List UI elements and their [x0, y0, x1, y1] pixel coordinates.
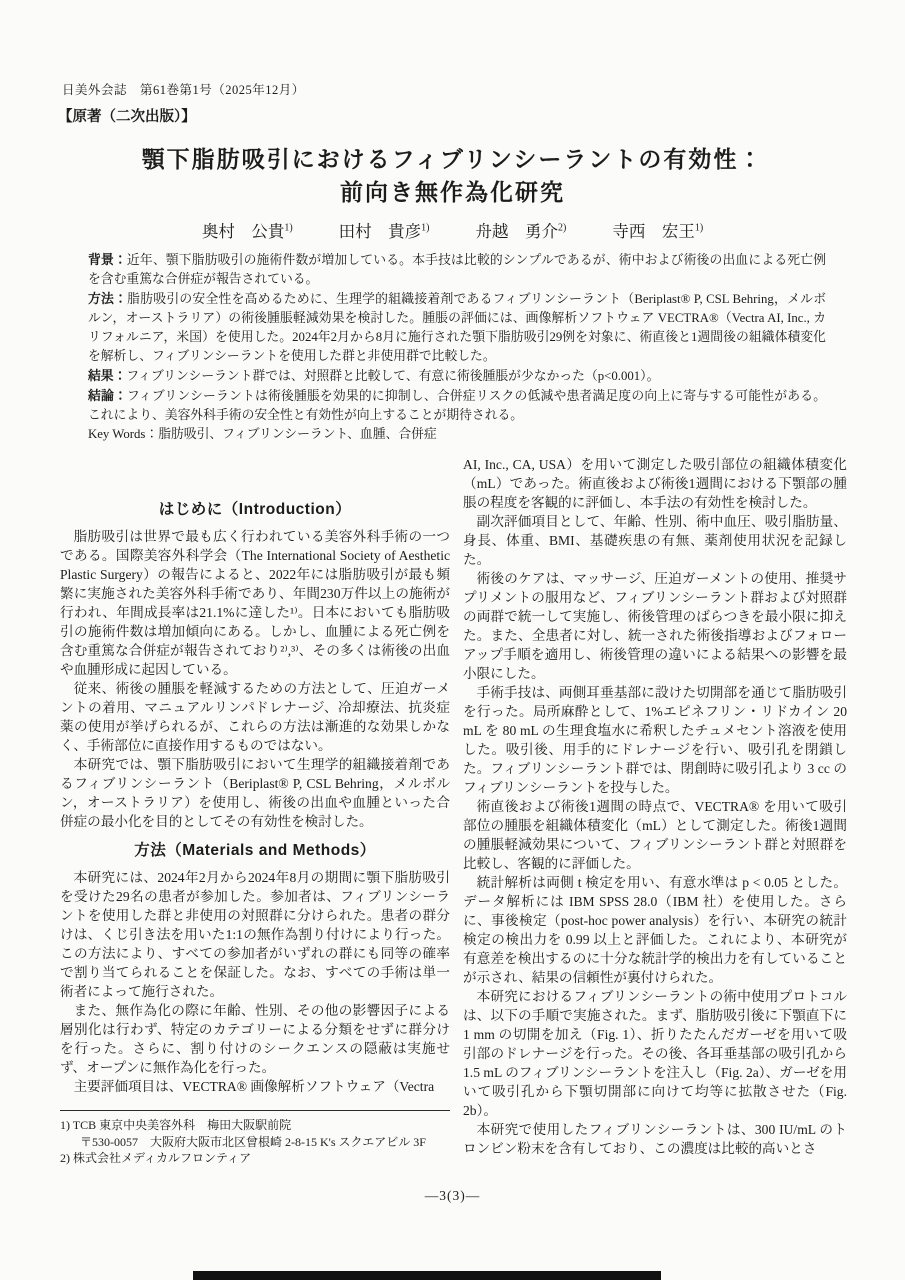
keywords-label: Key Words：	[88, 427, 158, 441]
abstract-label: 背景：	[88, 252, 127, 267]
author-name: 舟越 勇介	[476, 222, 559, 241]
body-paragraph: 統計解析は両側 t 検定を用い、有意水準は p < 0.05 とした。データ解析…	[463, 873, 847, 987]
author-affiliation-ref: 2)	[558, 223, 566, 234]
body-paragraph: 副次評価項目として、年齢、性別、術中血圧、吸引脂肪量、身長、体重、BMI、基礎疾…	[463, 512, 847, 569]
abstract-item-keywords: Key Words：脂肪吸引、フィブリンシーラント、血腫、合併症	[88, 425, 826, 444]
body-paragraph: 手術手技は、両側耳垂基部に設けた切開部を通じて脂肪吸引を行った。局所麻酔として、…	[463, 683, 847, 797]
abstract-text: 近年、顎下脂肪吸引の施術件数が増加している。本手技は比較的シンプルであるが、術中…	[88, 253, 826, 286]
author: 奥村 公貴1)	[202, 218, 293, 242]
author-affiliation-ref: 1)	[421, 223, 429, 234]
paper-title-line1: 顎下脂肪吸引におけるフィブリンシーラントの有効性：	[0, 143, 905, 176]
author-name: 田村 貴彦	[339, 222, 422, 241]
body-paragraph: 本研究で使用したフィブリンシーラントは、300 IU/mL のトロンビン粉末を含…	[463, 1120, 847, 1158]
author-affiliation-ref: 1)	[284, 223, 292, 234]
body-paragraph: 脂肪吸引は世界で最も広く行われている美容外科手術の一つである。国際美容外科学会（…	[60, 527, 450, 679]
author-affiliation-ref: 1)	[695, 223, 703, 234]
article-type-label: 【原著（二次出版）】	[58, 105, 196, 126]
author: 寺西 宏王1)	[612, 218, 703, 242]
abstract-text: 脂肪吸引の安全性を高めるために、生理学的組織接着剤であるフィブリンシーラント（B…	[88, 292, 826, 363]
affiliation-address: 〒530-0057 大阪府大阪市北区曾根崎 2-8-15 K's スクエアビル …	[60, 1134, 450, 1151]
author: 田村 貴彦1)	[339, 218, 430, 242]
journal-issue-line: 日美外会誌 第61巻第1号（2025年12月）	[62, 80, 305, 98]
abstract-item-results: 結果：フィブリンシーラント群では、対照群と比較して、有意に術後腫脹が少なかった（…	[88, 366, 826, 386]
abstract-item-methods: 方法：脂肪吸引の安全性を高めるために、生理学的組織接着剤であるフィブリンシーラン…	[88, 289, 826, 366]
body-paragraph: また、無作為化の際に年齢、性別、その他の影響因子による層別化は行わず、特定のカテ…	[60, 1001, 450, 1077]
scan-artifact-bar	[193, 1271, 661, 1280]
abstract-item-conclusion: 結論：フィブリンシーラントは術後腫脹を効果的に抑制し、合併症リスクの低減や患者満…	[88, 386, 826, 425]
body-paragraph: 従来、術後の腫脹を軽減するための方法として、圧迫ガーメントの着用、マニュアルリン…	[60, 679, 450, 755]
body-paragraph: 術後のケアは、マッサージ、圧迫ガーメントの使用、推奨サプリメントの服用など、フィ…	[463, 569, 847, 683]
keywords-text: 脂肪吸引、フィブリンシーラント、血腫、合併症	[158, 427, 437, 441]
paper-title-line2: 前向き無作為化研究	[0, 176, 905, 209]
body-paragraph: 本研究には、2024年2月から2024年8月の期間に顎下脂肪吸引を受けた29名の…	[60, 868, 450, 1001]
affiliation-note: 2) 株式会社メディカルフロンティア	[60, 1150, 450, 1167]
right-column: AI, Inc., CA, USA）を用いて測定した吸引部位の組織体積変化（mL…	[463, 455, 847, 1158]
left-column: はじめに（Introduction） 脂肪吸引は世界で最も広く行われている美容外…	[60, 500, 450, 1167]
authors-line: 奥村 公貴1) 田村 貴彦1) 舟越 勇介2) 寺西 宏王1)	[0, 218, 905, 242]
affiliation-footnote: 1) TCB 東京中央美容外科 梅田大阪駅前院 〒530-0057 大阪府大阪市…	[60, 1110, 450, 1167]
abstract-label: 方法：	[88, 291, 127, 306]
author-name: 寺西 宏王	[612, 222, 695, 241]
body-paragraph: 本研究では、顎下脂肪吸引において生理学的組織接着剤であるフィブリンシーラント（B…	[60, 755, 450, 831]
section-heading-introduction: はじめに（Introduction）	[60, 500, 450, 519]
body-paragraph: 主要評価項目は、VECTRA® 画像解析ソフトウェア（Vectra	[60, 1077, 450, 1096]
section-heading-methods: 方法（Materials and Methods）	[60, 841, 450, 860]
abstract-text: フィブリンシーラントは術後腫脹を効果的に抑制し、合併症リスクの低減や患者満足度の…	[88, 389, 826, 422]
author-name: 奥村 公貴	[202, 222, 285, 241]
abstract-label: 結論：	[88, 388, 127, 403]
author: 舟越 勇介2)	[476, 218, 567, 242]
paper-title: 顎下脂肪吸引におけるフィブリンシーラントの有効性： 前向き無作為化研究	[0, 143, 905, 209]
body-paragraph: 術直後および術後1週間の時点で、VECTRA® を用いて吸引部位の腫脹を組織体積…	[463, 797, 847, 873]
abstract: 背景：近年、顎下脂肪吸引の施術件数が増加している。本手技は比較的シンプルであるが…	[88, 250, 826, 444]
abstract-label: 結果：	[88, 368, 126, 383]
abstract-item-background: 背景：近年、顎下脂肪吸引の施術件数が増加している。本手技は比較的シンプルであるが…	[88, 250, 826, 289]
body-paragraph: AI, Inc., CA, USA）を用いて測定した吸引部位の組織体積変化（mL…	[463, 455, 847, 512]
body-paragraph: 本研究におけるフィブリンシーラントの術中使用プロトコルは、以下の手順で実施された…	[463, 987, 847, 1120]
affiliation-note: 1) TCB 東京中央美容外科 梅田大阪駅前院	[60, 1117, 450, 1134]
abstract-text: フィブリンシーラント群では、対照群と比較して、有意に術後腫脹が少なかった（p<0…	[126, 369, 659, 383]
page-number: —3(3)—	[0, 1188, 905, 1204]
